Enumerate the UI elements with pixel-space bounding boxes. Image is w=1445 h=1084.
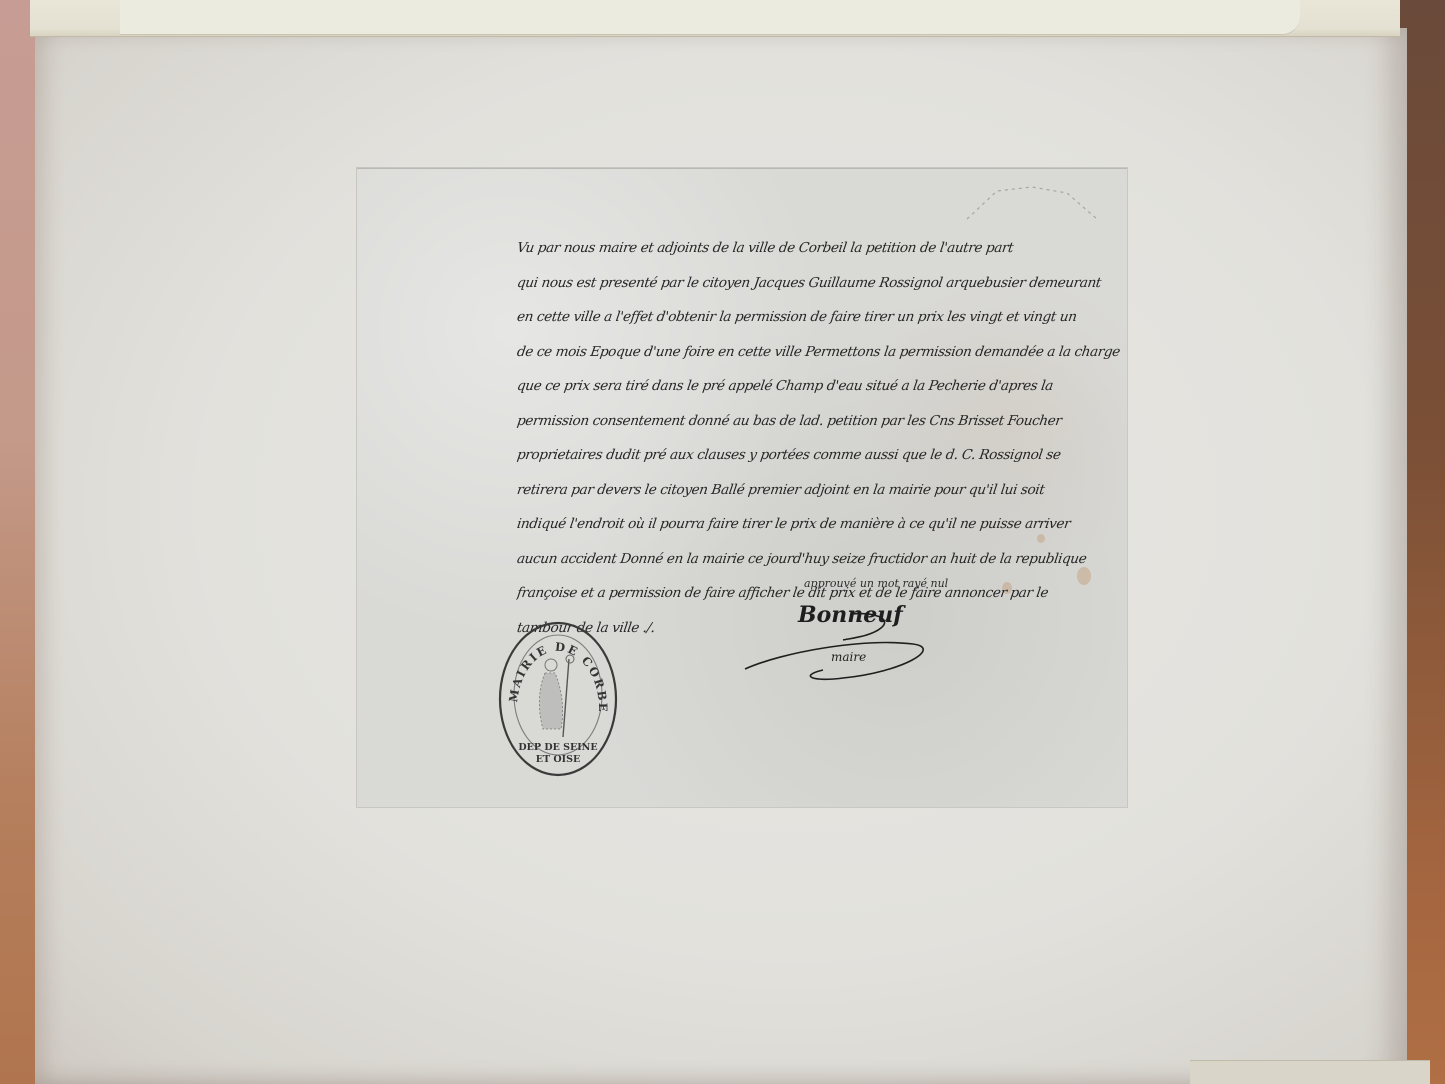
text-line: qui nous est presenté par le citoyen Jac… [515,266,1130,301]
text-line: permission consentement donné au bas de … [515,404,1130,439]
faint-impression-mark [957,179,1107,239]
top-page-leaf [120,0,1300,35]
text-line: de ce mois Epoque d'une foire en cette v… [515,335,1130,370]
marginal-note: approuvé un mot rayé nul [804,577,948,590]
text-line: aucun accident Donné en la mairie ce jou… [515,542,1130,577]
text-line: proprietaires dudit pré aux clauses y po… [515,438,1130,473]
text-line: en cette ville a l'effet d'obtenir la pe… [515,300,1130,335]
text-line: que ce prix sera tiré dans le pré appelé… [515,369,1130,404]
text-line: indiqué l'endroit où il pourra faire tir… [515,507,1130,542]
seal-inner-text-1: DEP DE SEINE [518,742,597,753]
municipal-seal: MAIRIE DE CORBEIL DEP DE SEINE ET OISE [495,617,621,777]
bottom-page-edge [1190,1060,1430,1084]
seal-inner-text-2: ET OISE [536,754,580,765]
text-line: retirera par devers le citoyen Ballé pre… [515,473,1130,508]
signature-title: maire [831,650,866,664]
mayor-signature: Bonneuf maire [743,594,943,684]
facsimile-plate: Vu par nous maire et adjoints de la vill… [357,168,1127,807]
signature-name: Bonneuf [798,602,903,628]
text-line: Vu par nous maire et adjoints de la vill… [515,231,1130,266]
seal-stamp-icon: MAIRIE DE CORBEIL DEP DE SEINE ET OISE [495,617,621,777]
